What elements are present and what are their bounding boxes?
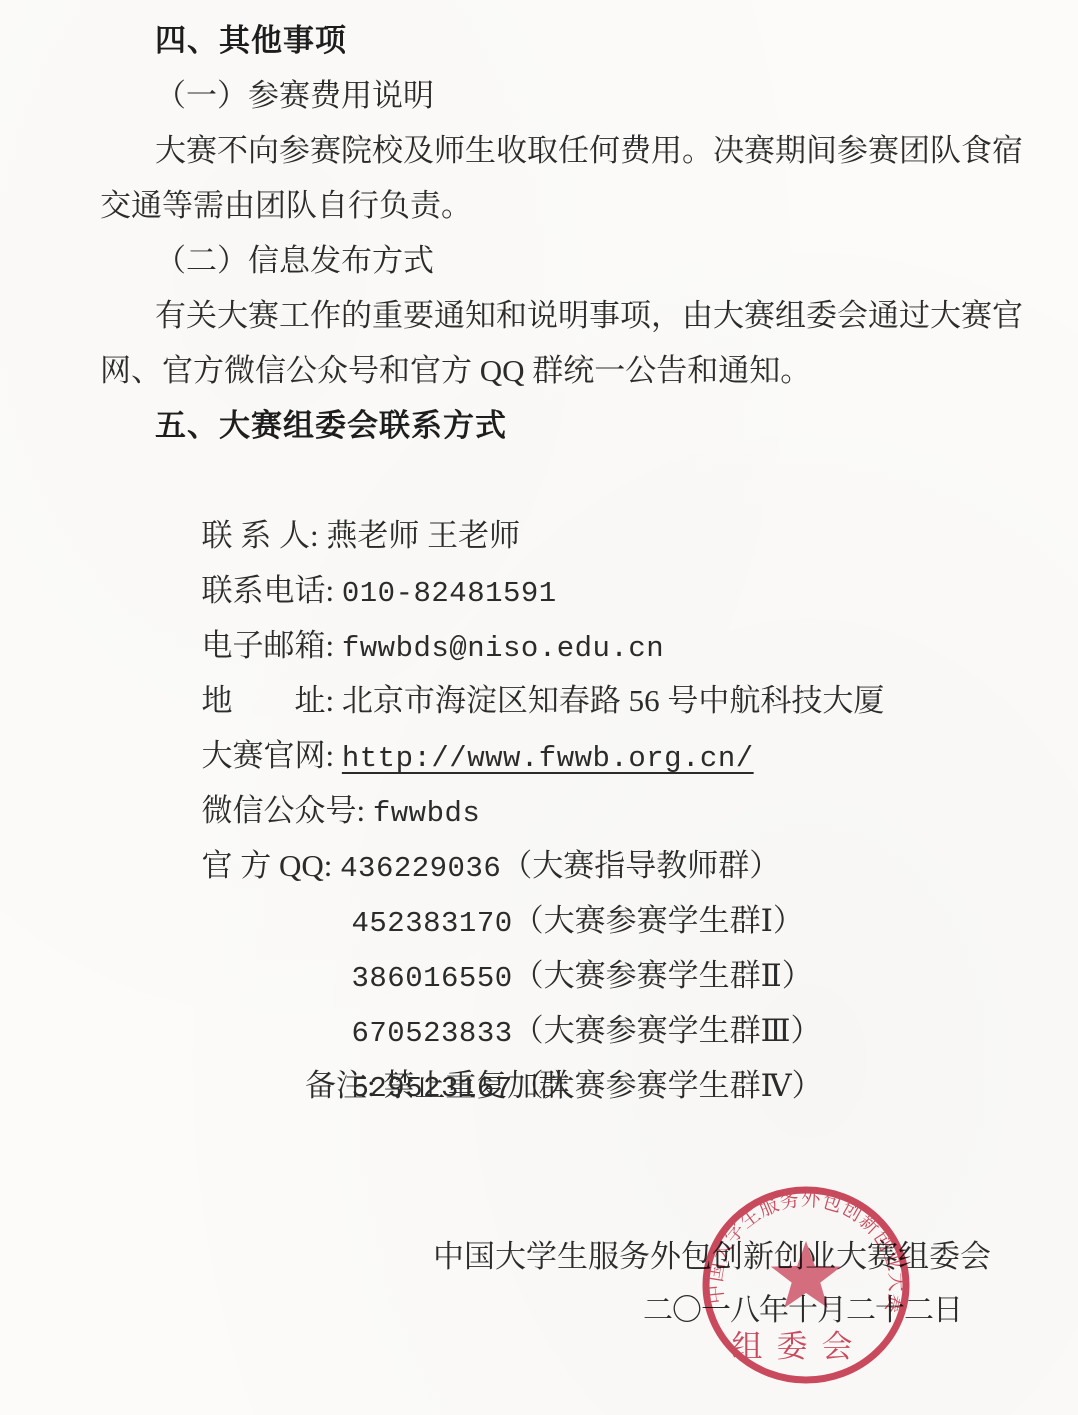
subsection-1-title: （一）参赛费用说明: [0, 68, 1078, 123]
scanned-document-page: 四、其他事项 （一）参赛费用说明 大赛不向参赛院校及师生收取任何费用。决赛期间参…: [0, 0, 1078, 1415]
section-4-heading: 四、其他事项: [0, 13, 1078, 68]
qq-number: 386016550: [352, 962, 513, 995]
contact-label: 微信公众号:: [202, 793, 373, 828]
note-line: 备注: 禁止重复加群: [0, 1058, 1078, 1113]
qq-number: 452383170: [352, 907, 513, 940]
body-line: 交通等需由团队自行负责。: [0, 178, 1078, 233]
qq-number: 436229036: [340, 852, 501, 885]
contact-value: 北京市海淀区知春路 56 号中航科技大厦: [342, 683, 885, 718]
contact-label: 联 系 人:: [202, 518, 327, 553]
body-line: 网、官方微信公众号和官方 QQ 群统一公告和通知。: [0, 343, 1078, 398]
qq-group-tag: （大赛指导教师群）: [501, 848, 780, 883]
section-5-heading: 五、大赛组委会联系方式: [0, 398, 1078, 453]
qq-group-tag: （大赛参赛学生群Ⅱ）: [513, 958, 813, 993]
contact-value: fwwbds@niso.edu.cn: [342, 632, 664, 665]
contact-label: 电子邮箱:: [202, 628, 342, 663]
website-url: http://www.fwwb.org.cn/: [342, 742, 754, 775]
qq-group-tag: （大赛参赛学生群Ⅲ）: [513, 1013, 822, 1048]
contact-label: 地 址:: [202, 683, 342, 718]
contact-row-person: 联 系 人: 燕老师 王老师: [0, 453, 1078, 508]
contact-value: 010-82481591: [342, 577, 557, 610]
signature-line: 中国大学生服务外包创新创业大赛组委会: [433, 1229, 991, 1284]
qq-number: 670523833: [352, 1017, 513, 1050]
contact-value: fwwbds: [373, 797, 480, 830]
document-body: 四、其他事项 （一）参赛费用说明 大赛不向参赛院校及师生收取任何费用。决赛期间参…: [0, 13, 1078, 1113]
contact-value: 燕老师 王老师: [326, 518, 520, 553]
subsection-2-title: （二）信息发布方式: [0, 233, 1078, 288]
contact-label: 大赛官网:: [202, 738, 342, 773]
body-line: 大赛不向参赛院校及师生收取任何费用。决赛期间参赛团队食宿: [0, 123, 1078, 178]
qq-group-tag: （大赛参赛学生群Ⅰ）: [513, 903, 804, 938]
contact-label: 联系电话:: [202, 573, 342, 608]
body-line: 有关大赛工作的重要通知和说明事项，由大赛组委会通过大赛官: [0, 288, 1078, 343]
contact-label: 官 方 QQ:: [202, 848, 341, 883]
date-line: 二〇一八年十月二十二日: [643, 1283, 962, 1338]
